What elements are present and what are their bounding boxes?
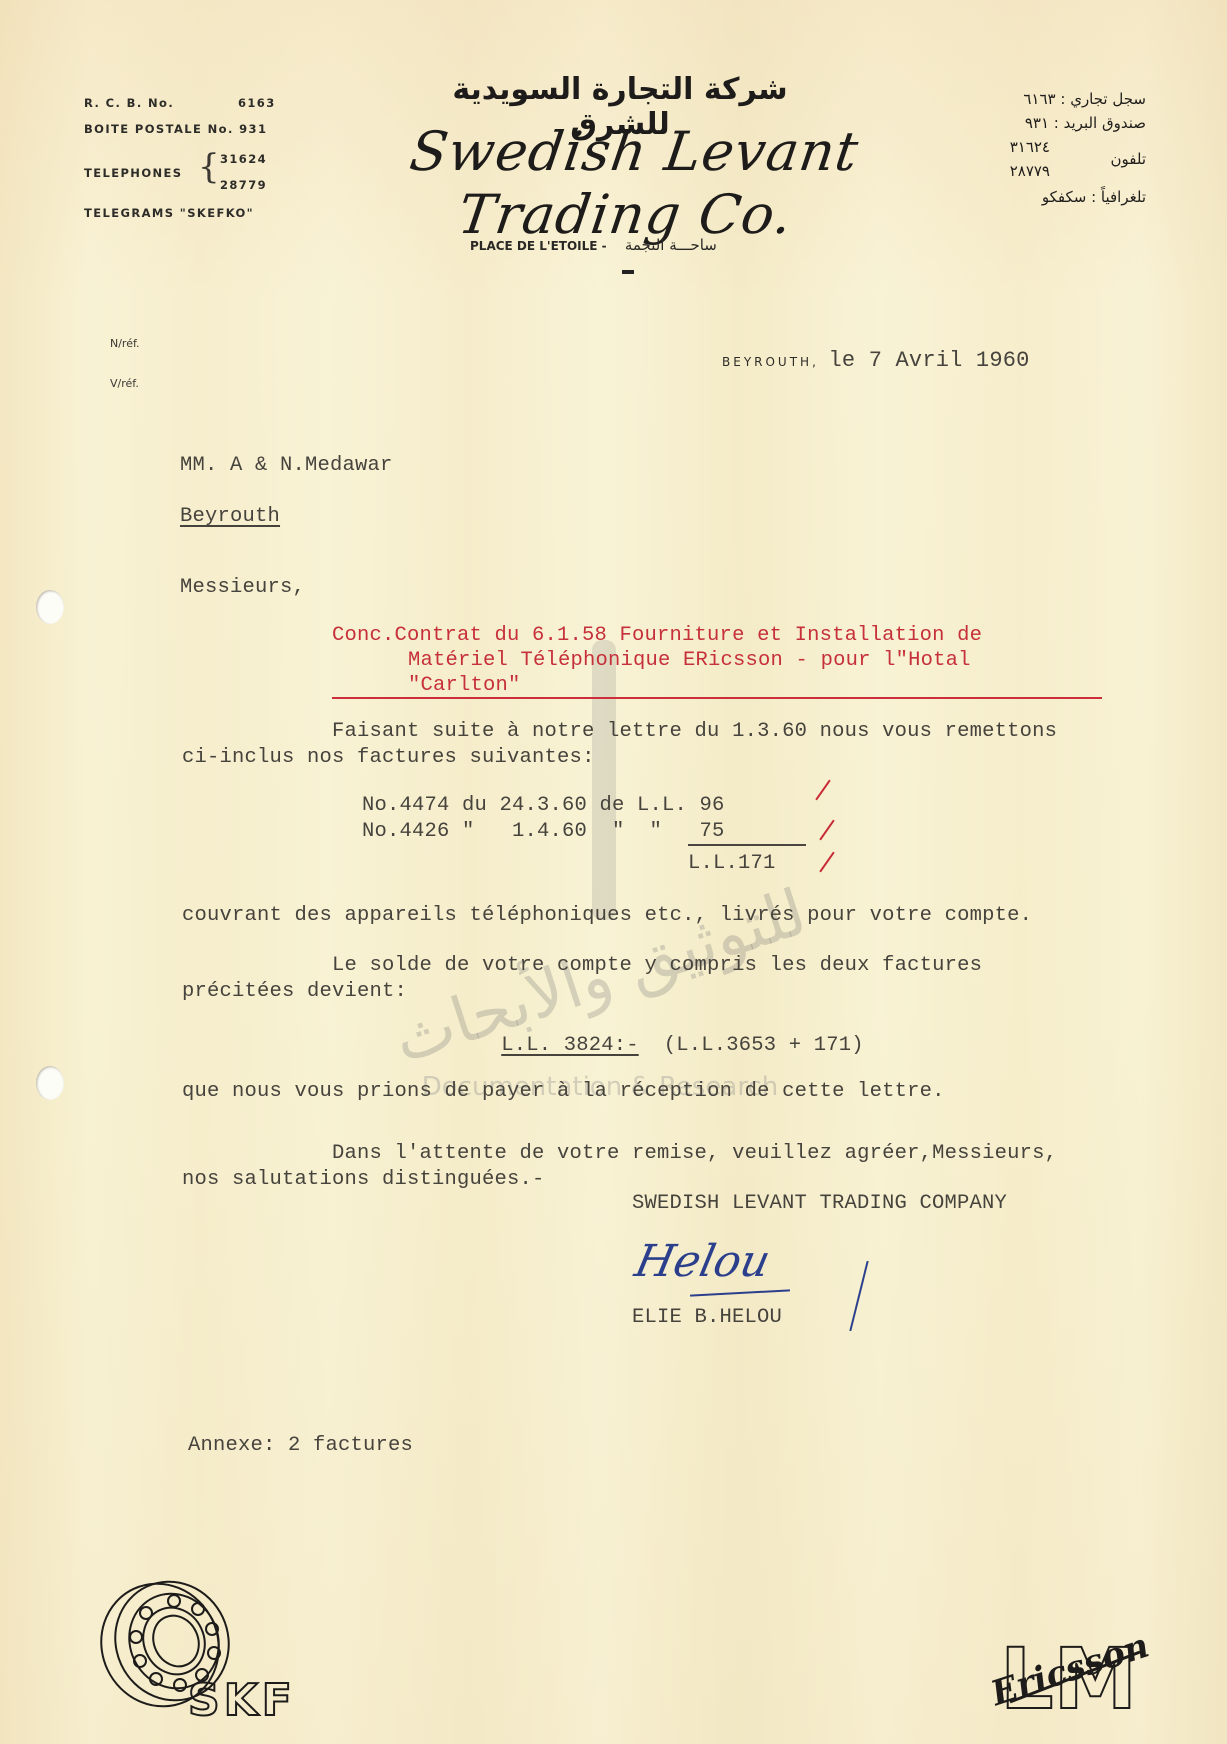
telephones-label: TELEPHONES	[84, 166, 182, 180]
ericsson-lm-logo: LM Ericsson	[970, 1610, 1150, 1720]
subject-line-1: Conc.Contrat du 6.1.58 Fourniture et Ins…	[332, 624, 982, 647]
postal-box: BOITE POSTALE No. 931	[84, 122, 267, 136]
company-address: PLACE DE L'ETOILE - ساحـــة النجمة	[470, 236, 717, 254]
bearing-icon: SKF	[70, 1565, 330, 1735]
subject-line-3: "Carlton"	[408, 674, 521, 697]
city-label: BEYROUTH,	[722, 355, 819, 369]
closing-line1: Dans l'attente de votre remise, veuillez…	[332, 1142, 1057, 1165]
invoice-sum-rule	[688, 844, 806, 846]
registry-ar: سجل تجاري : ٦١٦٣	[1023, 90, 1146, 108]
telephone-1: 31624	[220, 152, 267, 166]
postal-box-ar: صندوق البريد : ٩٣١	[1025, 114, 1146, 132]
para4: que nous vous prions de payer à la récep…	[182, 1080, 945, 1103]
handwritten-signature: Helou	[631, 1236, 775, 1287]
recipient-name: MM. A & N.Medawar	[180, 454, 393, 477]
telegram-ar: تلغرافياً : سكفكو	[1042, 188, 1146, 206]
subject-line-2: Matériel Téléphonique ERicsson - pour l"…	[408, 649, 971, 672]
telegrams: TELEGRAMS "SKEFKO"	[84, 206, 254, 220]
para3-line2: précitées devient:	[182, 980, 407, 1003]
invoice-total: L.L.171	[688, 852, 776, 875]
phone-label-ar: تلفون	[1111, 150, 1147, 168]
punch-hole-bottom	[36, 1066, 64, 1100]
brace-icon: {	[198, 150, 221, 184]
skf-logo: SKF	[70, 1565, 330, 1735]
para2: couvrant des appareils téléphoniques etc…	[182, 904, 1032, 927]
letter-date: le 7 Avril 1960	[829, 348, 1030, 373]
punch-hole-top	[36, 590, 64, 624]
company-name-script: Swedish Levant Trading Co.	[291, 120, 969, 246]
svg-text:SKF: SKF	[188, 1675, 296, 1726]
rcb-label: R. C. B. No.	[84, 96, 174, 110]
para3-line1: Le solde de votre compte y compris les d…	[332, 954, 982, 977]
para1-line1: Faisant suite à notre lettre du 1.3.60 n…	[332, 720, 1057, 743]
signature-stroke	[849, 1261, 868, 1331]
center-mark	[622, 270, 634, 274]
subject-underline	[332, 697, 1102, 699]
closing-line2: nos salutations distinguées.-	[182, 1168, 545, 1191]
annex: Annexe: 2 factures	[188, 1434, 413, 1457]
para1-line2: ci-inclus nos factures suivantes:	[182, 746, 595, 769]
balance-line: L.L. 3824:- (L.L.3653 + 171)	[482, 1016, 864, 1057]
your-reference: V/réf.	[110, 377, 139, 390]
signatory-name: ELIE B.HELOU	[632, 1306, 782, 1329]
telephone-2: 28779	[220, 178, 267, 192]
signature-stroke	[690, 1289, 790, 1296]
balance-detail: (L.L.3653 + 171)	[664, 1034, 864, 1057]
invoice-row-2: No.4426 " 1.4.60 " " 75	[362, 820, 725, 843]
ericsson-icon: LM Ericsson	[970, 1610, 1150, 1720]
signature-company: SWEDISH LEVANT TRADING COMPANY	[632, 1192, 1007, 1215]
address-arabic: ساحـــة النجمة	[625, 236, 717, 254]
recipient-city: Beyrouth	[180, 505, 280, 528]
salutation: Messieurs,	[180, 576, 305, 599]
watermark-emblem	[592, 640, 616, 920]
balance-amount: L.L. 3824:-	[501, 1034, 639, 1057]
invoice-row-1: No.4474 du 24.3.60 de L.L. 96	[362, 794, 725, 817]
phone-1-ar: ٣١٦٢٤	[1010, 138, 1050, 156]
phone-2-ar: ٢٨٧٧٩	[1010, 162, 1050, 180]
our-reference: N/réf.	[110, 337, 140, 350]
date-line: BEYROUTH, le 7 Avril 1960	[722, 348, 1030, 373]
address-french: PLACE DE L'ETOILE -	[470, 239, 607, 253]
rcb-value: 6163	[238, 96, 276, 110]
